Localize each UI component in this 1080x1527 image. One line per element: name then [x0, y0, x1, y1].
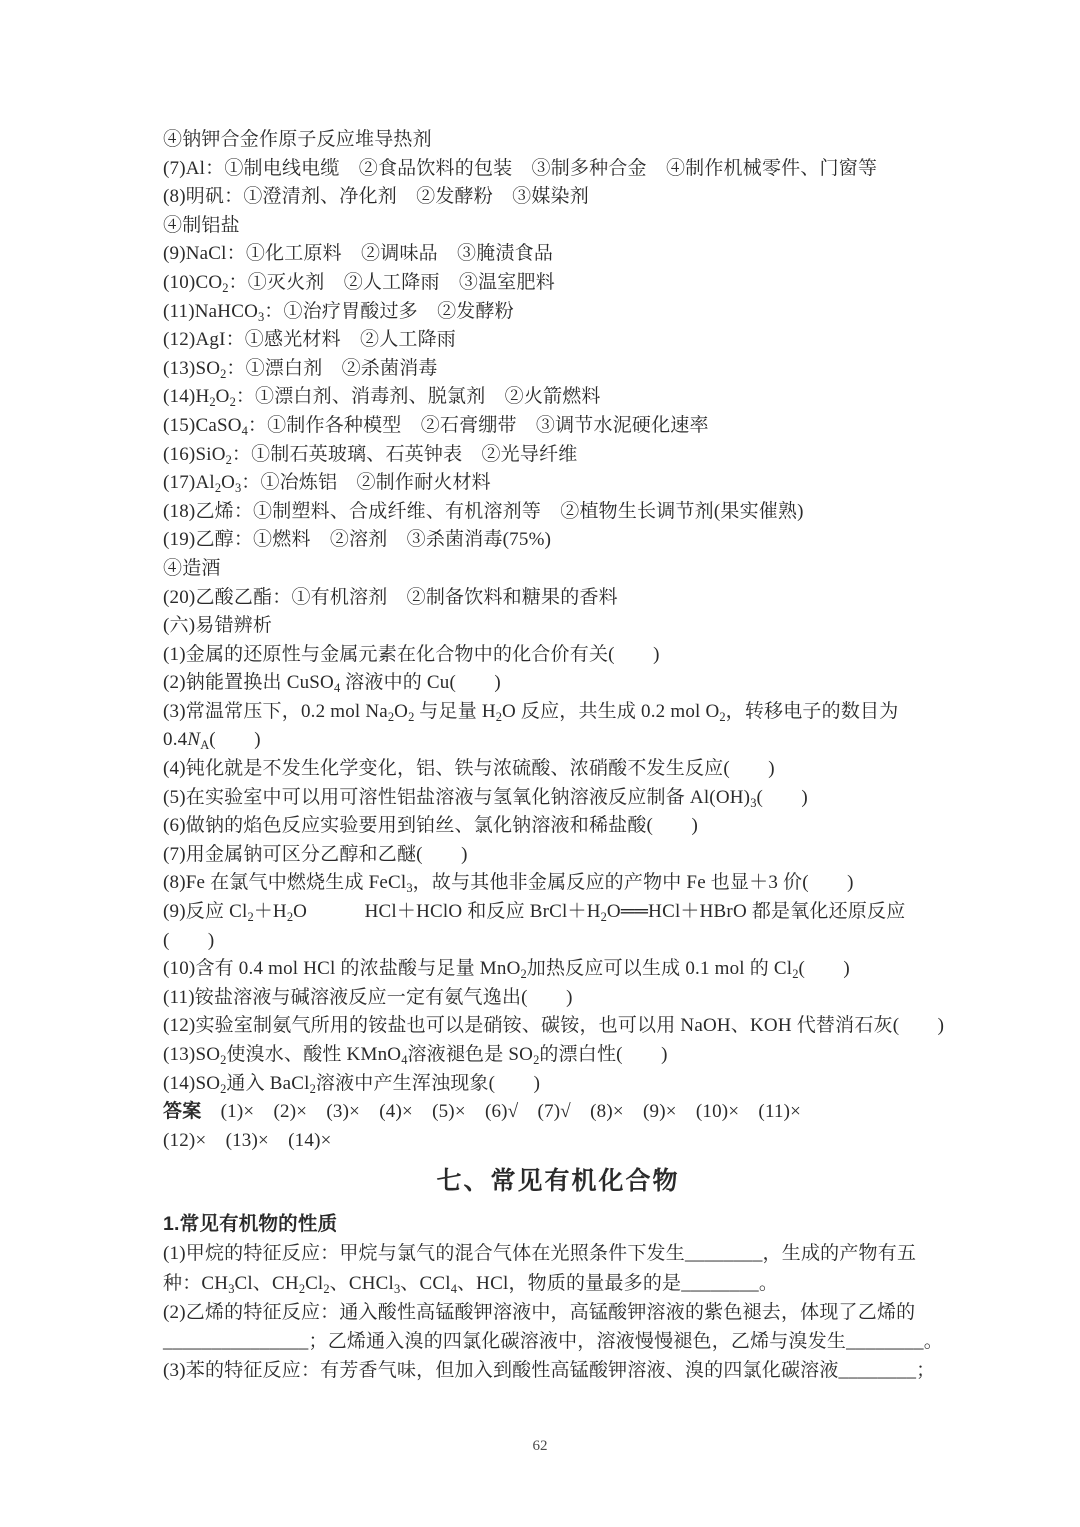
text-line: (六)易错辨析	[163, 612, 953, 641]
text-line: (2)钠能置换出 CuSO4 溶液中的 Cu( )	[163, 669, 953, 698]
text-line: (13)SO2：①漂白剂 ②杀菌消毒	[163, 355, 953, 384]
text-line: ( )	[163, 927, 953, 956]
text-line: (10)含有 0.4 mol HCl 的浓盐酸与足量 MnO2加热反应可以生成 …	[163, 955, 953, 984]
text-line: (12)AgI：①感光材料 ②人工降雨	[163, 326, 953, 355]
text-line: (8)明矾：①澄清剂、净化剂 ②发酵粉 ③媒染剂	[163, 183, 953, 212]
text-line: (1)甲烷的特征反应：甲烷与氯气的混合气体在光照条件下发生________，生成…	[163, 1239, 953, 1268]
text-line: (14)SO2通入 BaCl2溶液中产生浑浊现象( )	[163, 1070, 953, 1099]
text-line: (6)做钠的焰色反应实验要用到铂丝、氯化钠溶液和稀盐酸( )	[163, 812, 953, 841]
text-line: (7)用金属钠可区分乙醇和乙醚( )	[163, 841, 953, 870]
text-line: (17)Al2O3：①冶炼铝 ②制作耐火材料	[163, 469, 953, 498]
text-line: (16)SiO2：①制石英玻璃、石英钟表 ②光导纤维	[163, 441, 953, 470]
text-line: ④造酒	[163, 555, 953, 584]
text-line: (19)乙醇：①燃料 ②溶剂 ③杀菌消毒(75%)	[163, 526, 953, 555]
page-number: 62	[0, 1438, 1080, 1455]
text-line: (10)CO2：①灭火剂 ②人工降雨 ③温室肥料	[163, 269, 953, 298]
text-line: (7)Al：①制电线电缆 ②食品饮料的包装 ③制多种合金 ④制作机械零件、门窗等	[163, 155, 953, 184]
text-line: 0.4NA( )	[163, 726, 953, 755]
text-line: (18)乙烯：①制塑料、合成纤维、有机溶剂等 ②植物生长调节剂(果实催熟)	[163, 498, 953, 527]
text-line: 答案 (1)× (2)× (3)× (4)× (5)× (6)√ (7)√ (8…	[163, 1098, 953, 1127]
text-line: (9)NaCl：①化工原料 ②调味品 ③腌渍食品	[163, 240, 953, 269]
text-line: (8)Fe 在氯气中燃烧生成 FeCl3，故与其他非金属反应的产物中 Fe 也显…	[163, 869, 953, 898]
text-line: (3)常温常压下，0.2 mol Na2O2 与足量 H2O 反应，共生成 0.…	[163, 698, 953, 727]
text-line: _______________；乙烯通入溴的四氯化碳溶液中，溶液慢慢褪色，乙烯与…	[163, 1327, 953, 1356]
text-line: (12)× (13)× (14)×	[163, 1127, 953, 1156]
text-line: (11)NaHCO3：①治疗胃酸过多 ②发酵粉	[163, 298, 953, 327]
document-body: ④钠钾合金作原子反应堆导热剂(7)Al：①制电线电缆 ②食品饮料的包装 ③制多种…	[163, 126, 953, 1385]
text-line: (20)乙酸乙酯：①有机溶剂 ②制备饮料和糖果的香料	[163, 584, 953, 613]
section-heading: 七、常见有机化合物	[163, 1155, 953, 1201]
text-line: (13)SO2使溴水、酸性 KMnO4溶液褪色是 SO2的漂白性( )	[163, 1041, 953, 1070]
text-line: (1)金属的还原性与金属元素在化合物中的化合价有关( )	[163, 641, 953, 670]
text-line: ④钠钾合金作原子反应堆导热剂	[163, 126, 953, 155]
text-line: 种：CH3Cl、CH2Cl2、CHCl3、CCl4、HCl，物质的量最多的是__…	[163, 1269, 953, 1298]
text-line: ④制铝盐	[163, 212, 953, 241]
text-line: (14)H2O2：①漂白剂、消毒剂、脱氯剂 ②火箭燃料	[163, 383, 953, 412]
text-line: (4)钝化就是不发生化学变化，铝、铁与浓硫酸、浓硝酸不发生反应( )	[163, 755, 953, 784]
text-line: (9)反应 Cl2＋H2O HCl＋HClO 和反应 BrCl＋H2O══HCl…	[163, 898, 953, 927]
text-line: (2)乙烯的特征反应：通入酸性高锰酸钾溶液中，高锰酸钾溶液的紫色褪去，体现了乙烯…	[163, 1298, 953, 1327]
subsection-title: 1.常见有机物的性质	[163, 1201, 953, 1239]
text-line: (12)实验室制氨气所用的铵盐也可以是硝铵、碳铵，也可以用 NaOH、KOH 代…	[163, 1012, 953, 1041]
text-line: (5)在实验室中可以用可溶性铝盐溶液与氢氧化钠溶液反应制备 Al(OH)3( )	[163, 784, 953, 813]
text-line: (11)铵盐溶液与碱溶液反应一定有氨气逸出( )	[163, 984, 953, 1013]
text-line: (15)CaSO4：①制作各种模型 ②石膏绷带 ③调节水泥硬化速率	[163, 412, 953, 441]
text-line: (3)苯的特征反应：有芳香气味，但加入到酸性高锰酸钾溶液、溴的四氯化碳溶液___…	[163, 1356, 953, 1385]
